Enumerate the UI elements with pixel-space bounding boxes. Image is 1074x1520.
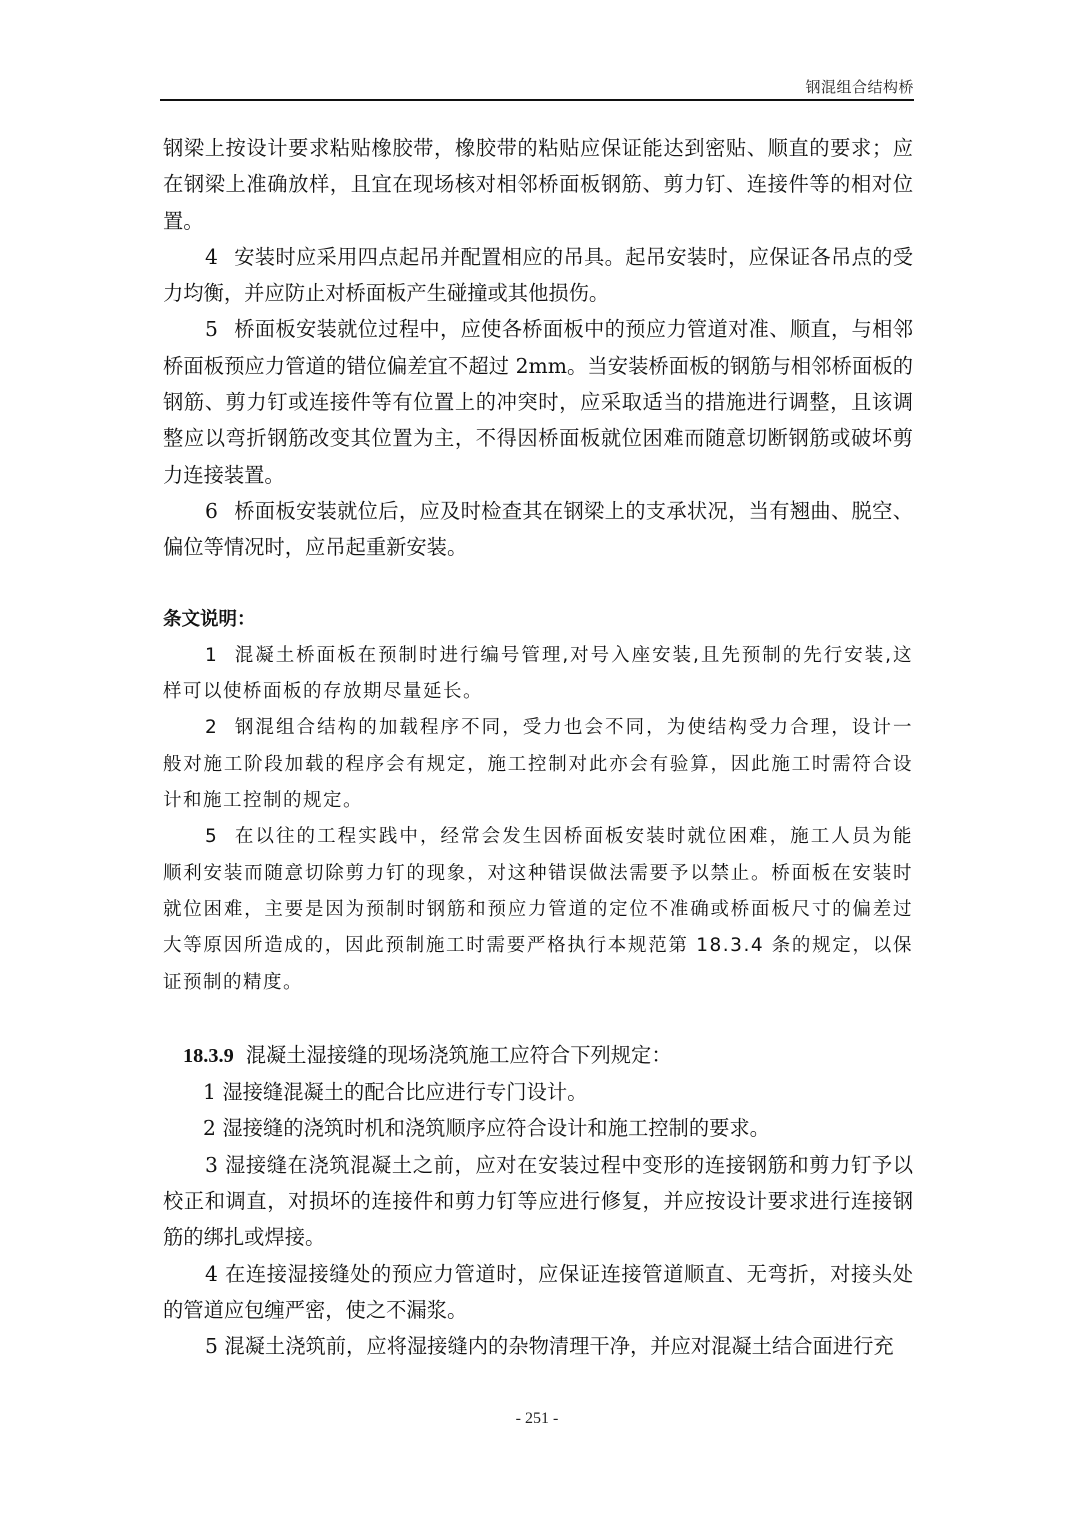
item-number: 2 [203, 1116, 216, 1140]
clause-heading: 18.3.9混凝土湿接缝的现场浇筑施工应符合下列规定： [163, 1037, 913, 1074]
item-text: 钢混组合结构的加载程序不同，受力也会不同，为使结构受力合理，设计一般对施工阶段加… [163, 717, 913, 811]
clause-item: 5 混凝土浇筑前，应将湿接缝内的杂物清理干净，并应对混凝土结合面进行充 [163, 1328, 913, 1364]
item-text: 湿接缝的浇筑时机和浇筑顺序应符合设计和施工控制的要求。 [222, 1116, 770, 1140]
list-item: 6桥面板安装就位后，应及时检查其在钢梁上的支承状况，当有翘曲、脱空、偏位等情况时… [163, 493, 913, 566]
commentary-item: 2钢混组合结构的加载程序不同，受力也会不同，为使结构受力合理，设计一般对施工阶段… [163, 710, 913, 819]
item-text: 在连接湿接缝处的预应力管道时，应保证连接管道顺直、无弯折，对接头处的管道应包缠严… [163, 1262, 913, 1322]
clause-number: 18.3.9 [183, 1045, 234, 1067]
item-number: 1 [203, 1080, 216, 1104]
item-text: 湿接缝混凝土的配合比应进行专门设计。 [222, 1080, 587, 1104]
document-page: 钢混组合结构桥 钢梁上按设计要求粘贴橡胶带，橡胶带的粘贴应保证能达到密贴、顺直的… [0, 0, 1074, 1520]
item-number: 4 [205, 1262, 218, 1286]
list-item: 5桥面板安装就位过程中，应使各桥面板中的预应力管道对准、顺直，与相邻桥面板预应力… [163, 311, 913, 492]
item-number: 5 [205, 1334, 218, 1358]
item-number: 2 [205, 717, 218, 738]
page-body: 钢梁上按设计要求粘贴橡胶带，橡胶带的粘贴应保证能达到密贴、顺直的要求；应在钢梁上… [163, 130, 913, 1365]
item-text: 在以往的工程实践中，经常会发生因桥面板安装时就位困难，施工人员为能顺利安装而随意… [163, 826, 913, 992]
item-number: 4 [205, 245, 218, 269]
clause-item: 4 在连接湿接缝处的预应力管道时，应保证连接管道顺直、无弯折，对接头处的管道应包… [163, 1256, 913, 1329]
item-text: 桥面板安装就位过程中，应使各桥面板中的预应力管道对准、顺直，与相邻桥面板预应力管… [163, 317, 913, 486]
clause-item: 1 湿接缝混凝土的配合比应进行专门设计。 [163, 1074, 913, 1110]
item-text: 安装时应采用四点起吊并配置相应的吊具。起吊安装时，应保证各吊点的受力均衡，并应防… [163, 245, 913, 305]
header-rule [160, 99, 914, 101]
commentary-item: 5在以往的工程实践中，经常会发生因桥面板安装时就位困难，施工人员为能顺利安装而随… [163, 819, 913, 1000]
item-text: 桥面板安装就位后，应及时检查其在钢梁上的支承状况，当有翘曲、脱空、偏位等情况时，… [163, 499, 913, 559]
item-number: 5 [205, 826, 218, 847]
item-text: 混凝土桥面板在预制时进行编号管理,对号入座安装,且先预制的先行安装,这样可以使桥… [163, 645, 913, 702]
clause-item: 3 湿接缝在浇筑混凝土之前，应对在安装过程中变形的连接钢筋和剪力钉予以校正和调直… [163, 1147, 913, 1256]
clause-item: 2 湿接缝的浇筑时机和浇筑顺序应符合设计和施工控制的要求。 [163, 1110, 913, 1146]
list-item: 4安装时应采用四点起吊并配置相应的吊具。起吊安装时，应保证各吊点的受力均衡，并应… [163, 239, 913, 312]
running-header-title: 钢混组合结构桥 [805, 76, 914, 97]
clause-title: 混凝土湿接缝的现场浇筑施工应符合下列规定： [246, 1043, 672, 1067]
item-number: 5 [205, 317, 218, 341]
item-text: 湿接缝在浇筑混凝土之前，应对在安装过程中变形的连接钢筋和剪力钉予以校正和调直，对… [163, 1153, 913, 1250]
item-number: 6 [205, 499, 218, 523]
item-number: 3 [205, 1153, 218, 1177]
item-text: 混凝土浇筑前，应将湿接缝内的杂物清理干净，并应对混凝土结合面进行充 [224, 1334, 893, 1358]
page-number: - 251 - [0, 1410, 1074, 1428]
spacer [163, 1001, 913, 1037]
commentary-heading: 条文说明： [163, 602, 913, 638]
commentary-item: 1混凝土桥面板在预制时进行编号管理,对号入座安装,且先预制的先行安装,这样可以使… [163, 638, 913, 711]
continuation-paragraph: 钢梁上按设计要求粘贴橡胶带，橡胶带的粘贴应保证能达到密贴、顺直的要求；应在钢梁上… [163, 130, 913, 239]
item-number: 1 [205, 645, 218, 666]
spacer [163, 566, 913, 602]
